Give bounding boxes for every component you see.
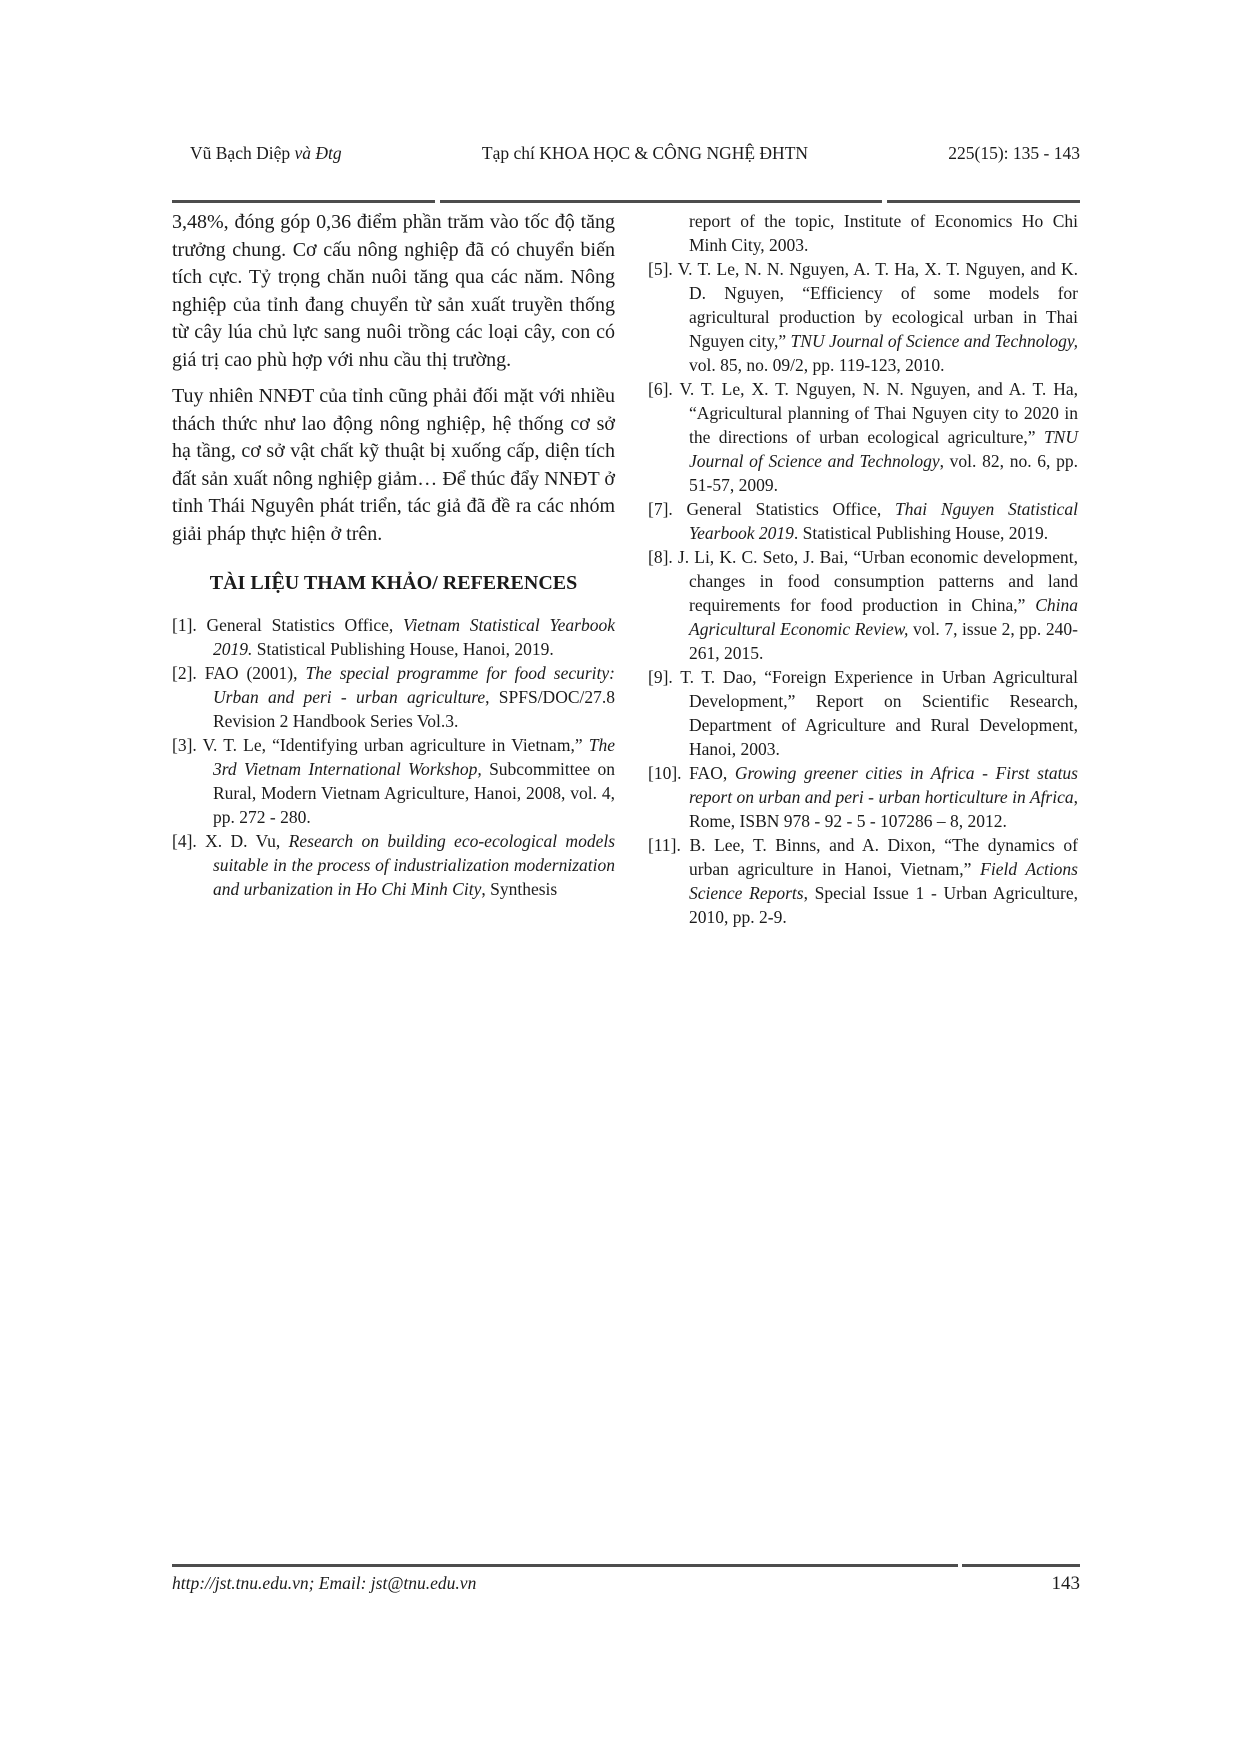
reference-text: B. Lee, T. Binns, and A. Dixon, “The dyn… [689,835,1078,927]
reference-label: [4]. [172,831,197,851]
author-etal: và Đtg [295,143,342,163]
page-header: Vũ Bạch Diệp và Đtg Tạp chí KHOA HỌC & C… [172,143,1080,164]
reference-text: T. T. Dao, “Foreign Experience in Urban … [680,667,1078,759]
reference-text: FAO (2001), The special programme for fo… [205,663,615,731]
reference-item: [7]. General Statistics Office, Thai Ngu… [648,497,1078,545]
column-right: report of the topic, Institute of Econom… [648,209,1078,929]
reference-continuation: report of the topic, Institute of Econom… [689,209,1078,257]
reference-label: [7]. [648,499,673,519]
journal-page: Vũ Bạch Diệp và Đtg Tạp chí KHOA HỌC & C… [0,0,1240,1754]
page-number: 143 [1052,1573,1081,1595]
reference-text: V. T. Le, X. T. Nguyen, N. N. Nguyen, an… [679,379,1078,495]
reference-item: [4]. X. D. Vu, Research on building eco-… [172,829,615,901]
reference-item: [8]. J. Li, K. C. Seto, J. Bai, “Urban e… [648,545,1078,665]
reference-item: [5]. V. T. Le, N. N. Nguyen, A. T. Ha, X… [648,257,1078,377]
reference-label: [1]. [172,615,197,635]
reference-item: [10]. FAO, Growing greener cities in Afr… [648,761,1078,833]
reference-label: [9]. [648,667,673,687]
reference-label: [2]. [172,663,197,683]
header-rule-segment [172,200,435,203]
reference-label: [3]. [172,735,197,755]
reference-text: V. T. Le, “Identifying urban agriculture… [203,735,615,827]
reference-item: [2]. FAO (2001), The special programme f… [172,661,615,733]
reference-label: [8]. [648,547,673,567]
header-rule-segment [440,200,882,203]
issue-info: 225(15): 135 - 143 [948,143,1080,164]
reference-item: [3]. V. T. Le, “Identifying urban agricu… [172,733,615,829]
reference-item: [9]. T. T. Dao, “Foreign Experience in U… [648,665,1078,761]
reference-label: [11]. [648,835,681,855]
reference-text: X. D. Vu, Research on building eco-ecolo… [205,831,615,899]
reference-text: J. Li, K. C. Seto, J. Bai, “Urban econom… [678,547,1078,663]
reference-item: [6]. V. T. Le, X. T. Nguyen, N. N. Nguye… [648,377,1078,497]
footer-url: http://jst.tnu.edu.vn; Email: jst@tnu.ed… [172,1573,476,1594]
running-author: Vũ Bạch Diệp và Đtg [172,143,342,164]
reference-label: [6]. [648,379,673,399]
column-left: 3,48%, đóng góp 0,36 điểm phần trăm vào … [172,209,615,901]
author-name: Vũ Bạch Diệp [190,143,295,163]
reference-text: V. T. Le, N. N. Nguyen, A. T. Ha, X. T. … [678,259,1078,375]
header-rule-segment [887,200,1080,203]
reference-text: General Statistics Office, Vietnam Stati… [207,615,616,659]
reference-item: [11]. B. Lee, T. Binns, and A. Dixon, “T… [648,833,1078,929]
footer-rule-segment [962,1564,1080,1567]
references-heading: TÀI LIỆU THAM KHẢO/ REFERENCES [172,570,615,597]
footer-rule-segment [172,1564,958,1567]
reference-item: [1]. General Statistics Office, Vietnam … [172,613,615,661]
reference-label: [10]. [648,763,682,783]
body-paragraph: 3,48%, đóng góp 0,36 điểm phần trăm vào … [172,209,615,374]
reference-text: General Statistics Office, Thai Nguyen S… [687,499,1079,543]
reference-label: [5]. [648,259,673,279]
page-footer: http://jst.tnu.edu.vn; Email: jst@tnu.ed… [172,1573,1080,1595]
reference-text: FAO, Growing greener cities in Africa - … [689,763,1078,831]
journal-title: Tạp chí KHOA HỌC & CÔNG NGHỆ ĐHTN [482,143,808,164]
body-paragraph: Tuy nhiên NNĐT của tỉnh cũng phải đối mặ… [172,383,615,548]
